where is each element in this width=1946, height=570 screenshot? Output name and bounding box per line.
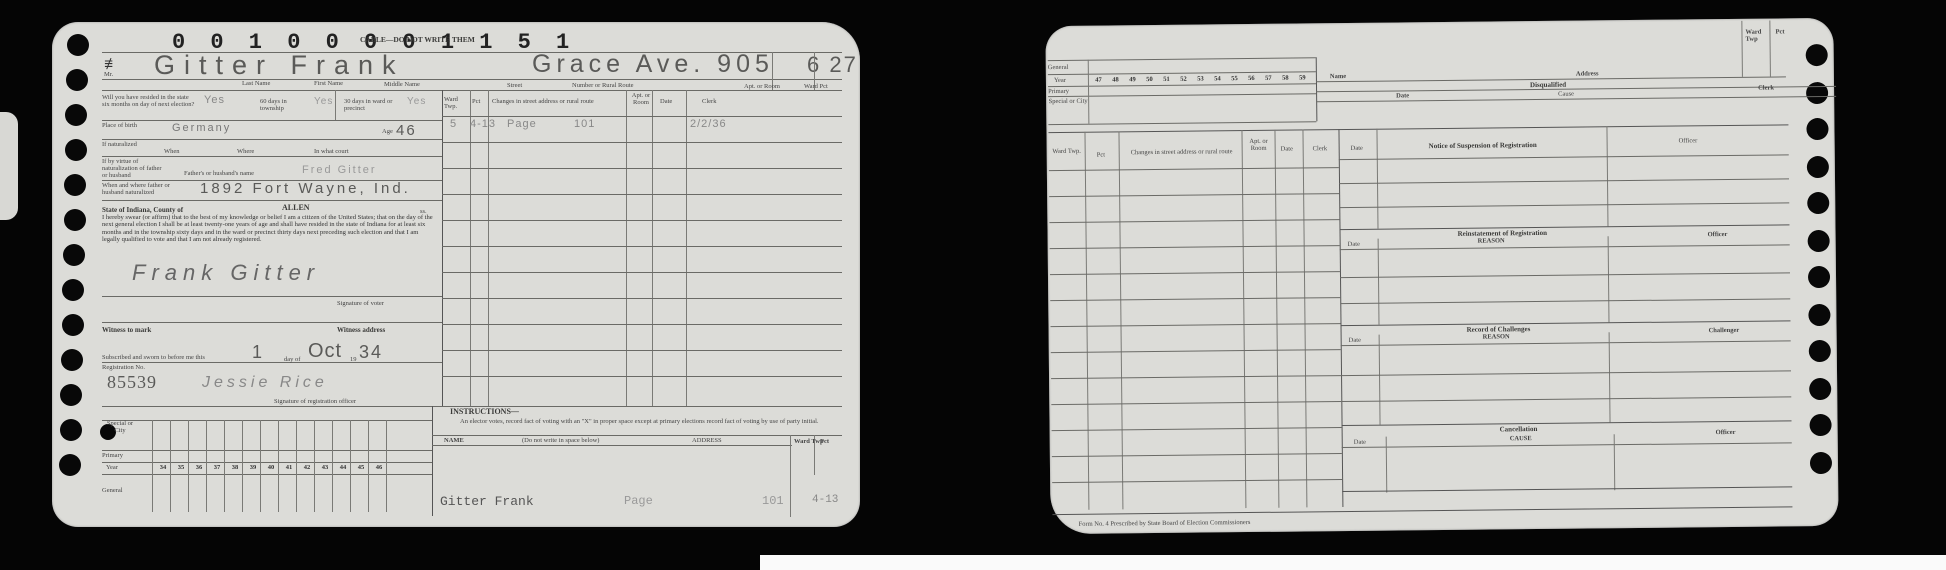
punch-hole [63, 244, 85, 266]
voter-signature: Frank Gitter [132, 260, 320, 286]
registration-number: 85539 [107, 372, 157, 393]
month: Oct [308, 340, 342, 363]
voter-registration-card-front: 0 0 1 0 0 0 0 1 1 5 1 CABLE—DO NOT WRITE… [52, 22, 860, 527]
oath-text: I hereby swear (or affirm) that to the b… [102, 214, 437, 244]
punch-hole [1807, 156, 1829, 178]
form-footer: Form No. 4 Prescribed by State Board of … [1079, 519, 1251, 528]
instructions-title: INSTRUCTIONS— [450, 408, 519, 416]
voter-name: Gitter Frank [154, 50, 405, 81]
punch-hole [1806, 118, 1828, 140]
punch-hole [60, 384, 82, 406]
punch-hole [60, 419, 82, 441]
voting-years-row: 47 48 49 50 51 52 53 54 55 56 57 58 59 [1090, 74, 1311, 83]
punch-hole [1809, 378, 1831, 400]
punch-hole [64, 209, 86, 231]
punch-hole [62, 314, 84, 336]
voting-years-row: 34 35 36 37 38 39 40 41 42 43 44 45 46 [154, 464, 388, 471]
typed-name: Gitter Frank [440, 494, 534, 509]
voter-registration-card-back: General Year Primary Special or City 47 … [1045, 18, 1838, 534]
top-notice: CABLE—DO NOT WRITE THEM [360, 36, 475, 44]
cancellation-title: Cancellation [1500, 425, 1538, 433]
punch-hole [59, 454, 81, 476]
punch-hole [66, 69, 88, 91]
officer-signature: Jessie Rice [202, 374, 328, 392]
punch-hole [64, 174, 86, 196]
punch-hole [1808, 304, 1830, 326]
suspension-title: Notice of Suspension of Registration [1429, 141, 1537, 150]
prefix-label: Mr. [104, 71, 113, 78]
punch-hole [62, 279, 84, 301]
punch-hole [1810, 452, 1832, 474]
punch-hole [1808, 266, 1830, 288]
card-edge-fragment [0, 112, 18, 220]
county: ALLEN [282, 204, 310, 212]
punch-hole [1809, 414, 1831, 436]
voter-address: Grace Ave. 905 [532, 50, 774, 79]
punch-hole [61, 349, 83, 371]
punch-hole [65, 104, 87, 126]
punch-hole [1807, 192, 1829, 214]
punch-hole [1809, 340, 1831, 362]
punch-hole [1806, 44, 1828, 66]
age: 46 [396, 122, 417, 139]
scan-artifact-strip [760, 555, 1946, 570]
year: 34 [359, 342, 383, 363]
punch-hole [1808, 230, 1830, 252]
punch-hole [65, 139, 87, 161]
punch-hole [67, 34, 89, 56]
birthplace: Germany [172, 122, 231, 134]
instructions-text: An elector votes, record fact of voting … [460, 418, 820, 425]
